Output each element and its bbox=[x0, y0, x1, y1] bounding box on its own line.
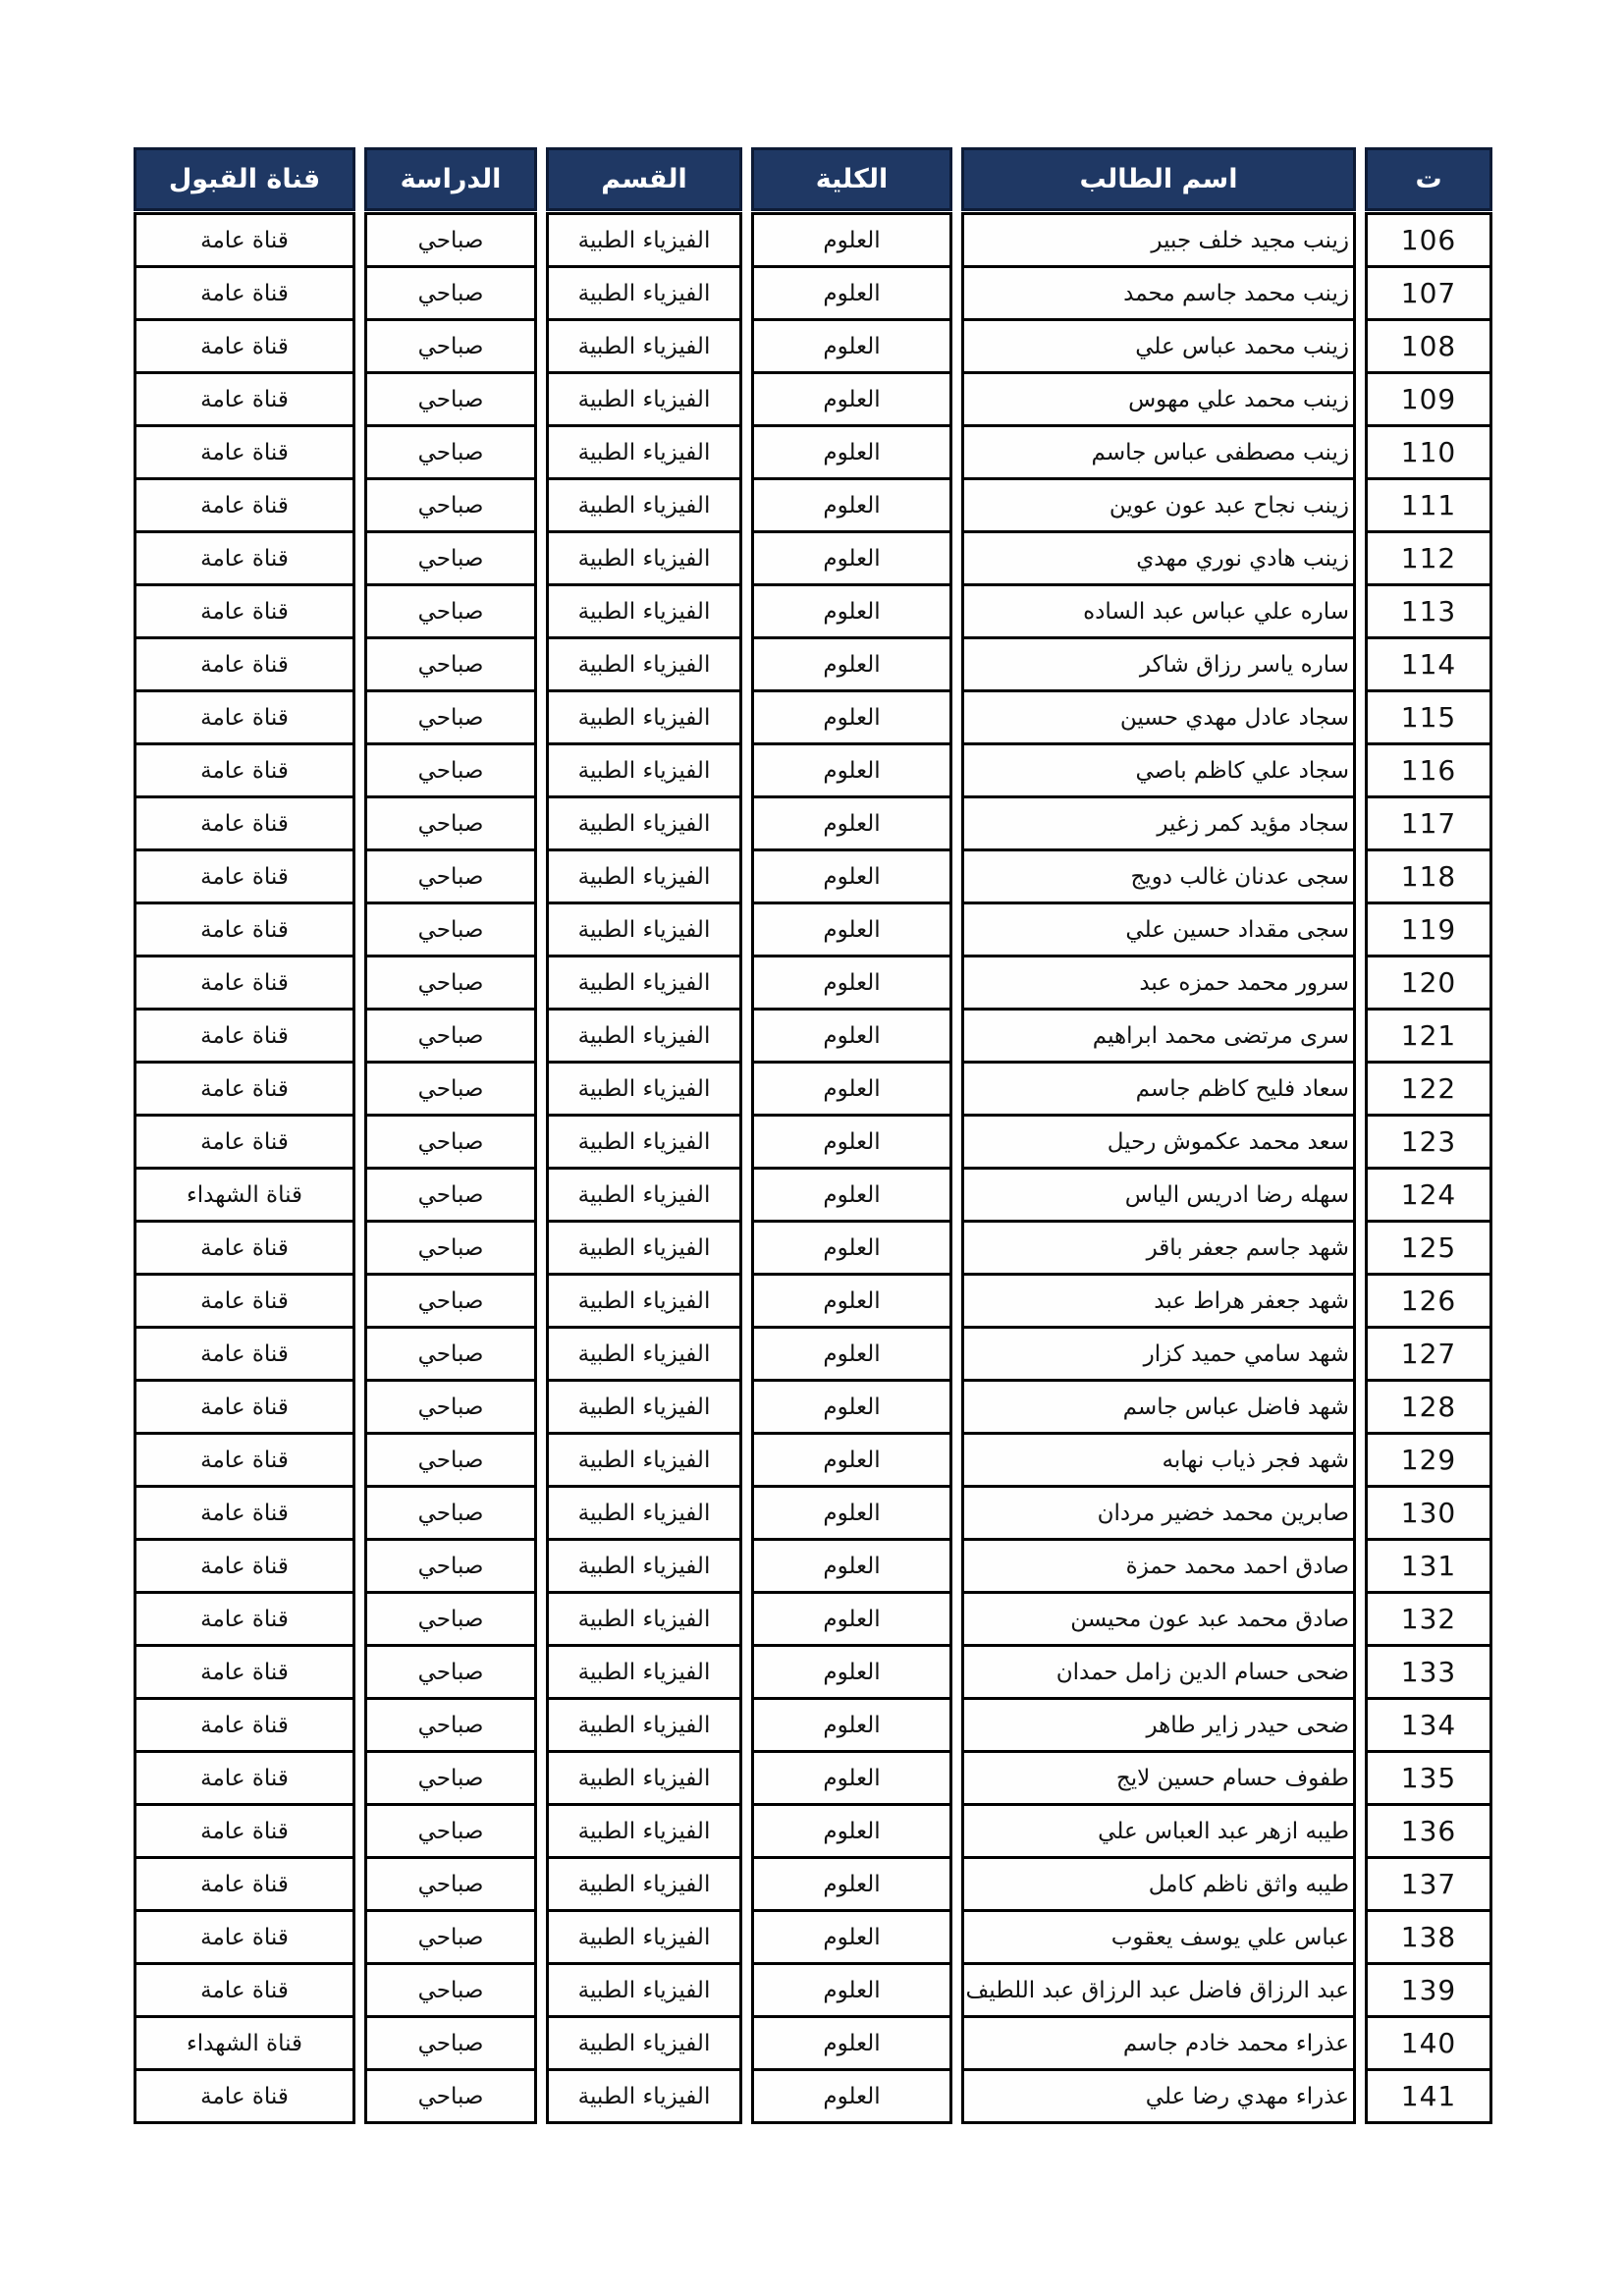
cell-dept-138: الفيزياء الطبية bbox=[546, 1909, 742, 1965]
cell-study-127: صباحي bbox=[364, 1326, 537, 1382]
cell-study-141: صباحي bbox=[364, 2068, 537, 2124]
cell-name-109: زينب محمد علي مهوس bbox=[961, 371, 1356, 427]
cell-id-137: 137 bbox=[1365, 1856, 1492, 1912]
cell-name-130: صابرين محمد خضير مردان bbox=[961, 1485, 1356, 1541]
cell-study-119: صباحي bbox=[364, 902, 537, 957]
cell-dept-128: الفيزياء الطبية bbox=[546, 1379, 742, 1435]
cell-id-110: 110 bbox=[1365, 424, 1492, 480]
cell-dept-108: الفيزياء الطبية bbox=[546, 318, 742, 374]
cell-dept-124: الفيزياء الطبية bbox=[546, 1167, 742, 1223]
cell-college-125: العلوم bbox=[751, 1220, 952, 1276]
cell-id-128: 128 bbox=[1365, 1379, 1492, 1435]
cell-id-114: 114 bbox=[1365, 636, 1492, 692]
cell-college-117: العلوم bbox=[751, 795, 952, 851]
cell-college-136: العلوم bbox=[751, 1803, 952, 1859]
cell-dept-111: الفيزياء الطبية bbox=[546, 477, 742, 533]
cell-channel-127: قناة عامة bbox=[134, 1326, 355, 1382]
cell-dept-126: الفيزياء الطبية bbox=[546, 1273, 742, 1329]
document-page: ت106107108109110111112113114115116117118… bbox=[0, 0, 1624, 2296]
cell-id-132: 132 bbox=[1365, 1591, 1492, 1647]
column-channel: قناة القبولقناة عامةقناة عامةقناة عامةقن… bbox=[134, 147, 355, 2124]
cell-channel-135: قناة عامة bbox=[134, 1750, 355, 1806]
cell-name-115: سجاد عادل مهدي حسين bbox=[961, 689, 1356, 745]
cell-name-116: سجاد علي كاظم باصي bbox=[961, 742, 1356, 798]
cell-channel-106: قناة عامة bbox=[134, 212, 355, 268]
cell-college-120: العلوم bbox=[751, 955, 952, 1011]
cell-channel-108: قناة عامة bbox=[134, 318, 355, 374]
cell-study-120: صباحي bbox=[364, 955, 537, 1011]
cell-study-135: صباحي bbox=[364, 1750, 537, 1806]
cell-college-109: العلوم bbox=[751, 371, 952, 427]
cell-dept-118: الفيزياء الطبية bbox=[546, 848, 742, 904]
cell-college-121: العلوم bbox=[751, 1008, 952, 1064]
cell-name-112: زينب هادي نوري مهدي bbox=[961, 530, 1356, 586]
cell-study-133: صباحي bbox=[364, 1644, 537, 1700]
cell-college-130: العلوم bbox=[751, 1485, 952, 1541]
cell-name-133: ضحى حسام الدين زامل حمدان bbox=[961, 1644, 1356, 1700]
cell-name-122: سعاد فليح كاظم جاسم bbox=[961, 1061, 1356, 1117]
cell-id-113: 113 bbox=[1365, 583, 1492, 639]
cell-college-111: العلوم bbox=[751, 477, 952, 533]
cell-channel-117: قناة عامة bbox=[134, 795, 355, 851]
cell-name-113: ساره علي عباس عبد الساده bbox=[961, 583, 1356, 639]
cell-id-122: 122 bbox=[1365, 1061, 1492, 1117]
cell-study-128: صباحي bbox=[364, 1379, 537, 1435]
admission-table-area: ت106107108109110111112113114115116117118… bbox=[134, 147, 1492, 2124]
column-college: الكليةالعلومالعلومالعلومالعلومالعلومالعل… bbox=[751, 147, 952, 2124]
cell-study-129: صباحي bbox=[364, 1432, 537, 1488]
cell-name-140: عذراء محمد خادم جاسم bbox=[961, 2015, 1356, 2071]
cell-dept-141: الفيزياء الطبية bbox=[546, 2068, 742, 2124]
cell-id-119: 119 bbox=[1365, 902, 1492, 957]
cell-college-134: العلوم bbox=[751, 1697, 952, 1753]
cell-college-122: العلوم bbox=[751, 1061, 952, 1117]
cell-dept-139: الفيزياء الطبية bbox=[546, 1962, 742, 2018]
cell-name-114: ساره ياسر رزاق شاكر bbox=[961, 636, 1356, 692]
cell-study-137: صباحي bbox=[364, 1856, 537, 1912]
cell-study-106: صباحي bbox=[364, 212, 537, 268]
cell-college-132: العلوم bbox=[751, 1591, 952, 1647]
cell-id-117: 117 bbox=[1365, 795, 1492, 851]
cell-study-131: صباحي bbox=[364, 1538, 537, 1594]
cell-channel-119: قناة عامة bbox=[134, 902, 355, 957]
cell-college-108: العلوم bbox=[751, 318, 952, 374]
cell-id-106: 106 bbox=[1365, 212, 1492, 268]
cell-name-126: شهد جعفر هراط عبد bbox=[961, 1273, 1356, 1329]
cell-channel-134: قناة عامة bbox=[134, 1697, 355, 1753]
cell-name-135: طفوف حسام حسين لايج bbox=[961, 1750, 1356, 1806]
cell-name-118: سجى عدنان غالب دويج bbox=[961, 848, 1356, 904]
cell-study-109: صباحي bbox=[364, 371, 537, 427]
cell-id-136: 136 bbox=[1365, 1803, 1492, 1859]
cell-study-125: صباحي bbox=[364, 1220, 537, 1276]
cell-dept-136: الفيزياء الطبية bbox=[546, 1803, 742, 1859]
cell-id-109: 109 bbox=[1365, 371, 1492, 427]
cell-dept-137: الفيزياء الطبية bbox=[546, 1856, 742, 1912]
cell-college-139: العلوم bbox=[751, 1962, 952, 2018]
cell-dept-120: الفيزياء الطبية bbox=[546, 955, 742, 1011]
cell-college-133: العلوم bbox=[751, 1644, 952, 1700]
cell-id-121: 121 bbox=[1365, 1008, 1492, 1064]
cell-id-115: 115 bbox=[1365, 689, 1492, 745]
cell-id-116: 116 bbox=[1365, 742, 1492, 798]
cell-college-115: العلوم bbox=[751, 689, 952, 745]
cell-dept-121: الفيزياء الطبية bbox=[546, 1008, 742, 1064]
cell-channel-111: قناة عامة bbox=[134, 477, 355, 533]
cell-college-138: العلوم bbox=[751, 1909, 952, 1965]
cell-channel-128: قناة عامة bbox=[134, 1379, 355, 1435]
cell-name-134: ضحى حيدر زاير طاهر bbox=[961, 1697, 1356, 1753]
cell-dept-127: الفيزياء الطبية bbox=[546, 1326, 742, 1382]
cell-name-120: سرور محمد حمزه عبد bbox=[961, 955, 1356, 1011]
cell-dept-132: الفيزياء الطبية bbox=[546, 1591, 742, 1647]
cell-channel-120: قناة عامة bbox=[134, 955, 355, 1011]
cell-name-125: شهد جاسم جعفر باقر bbox=[961, 1220, 1356, 1276]
cell-channel-140: قناة الشهداء bbox=[134, 2015, 355, 2071]
cell-channel-124: قناة الشهداء bbox=[134, 1167, 355, 1223]
cell-college-123: العلوم bbox=[751, 1114, 952, 1170]
cell-study-115: صباحي bbox=[364, 689, 537, 745]
cell-name-127: شهد سامي حميد كزار bbox=[961, 1326, 1356, 1382]
column-header-dept: القسم bbox=[546, 147, 742, 211]
cell-dept-122: الفيزياء الطبية bbox=[546, 1061, 742, 1117]
cell-dept-123: الفيزياء الطبية bbox=[546, 1114, 742, 1170]
cell-college-114: العلوم bbox=[751, 636, 952, 692]
cell-college-119: العلوم bbox=[751, 902, 952, 957]
cell-id-108: 108 bbox=[1365, 318, 1492, 374]
cell-name-111: زينب نجاح عبد عون عوين bbox=[961, 477, 1356, 533]
cell-name-128: شهد فاضل عباس جاسم bbox=[961, 1379, 1356, 1435]
cell-college-128: العلوم bbox=[751, 1379, 952, 1435]
cell-dept-115: الفيزياء الطبية bbox=[546, 689, 742, 745]
cell-study-132: صباحي bbox=[364, 1591, 537, 1647]
cell-channel-130: قناة عامة bbox=[134, 1485, 355, 1541]
cell-dept-107: الفيزياء الطبية bbox=[546, 265, 742, 321]
cell-study-118: صباحي bbox=[364, 848, 537, 904]
cell-college-118: العلوم bbox=[751, 848, 952, 904]
cell-study-116: صباحي bbox=[364, 742, 537, 798]
cell-college-137: العلوم bbox=[751, 1856, 952, 1912]
cell-id-133: 133 bbox=[1365, 1644, 1492, 1700]
column-study: الدراسةصباحيصباحيصباحيصباحيصباحيصباحيصبا… bbox=[364, 147, 537, 2124]
cell-channel-132: قناة عامة bbox=[134, 1591, 355, 1647]
cell-channel-113: قناة عامة bbox=[134, 583, 355, 639]
cell-id-129: 129 bbox=[1365, 1432, 1492, 1488]
cell-study-112: صباحي bbox=[364, 530, 537, 586]
cell-channel-125: قناة عامة bbox=[134, 1220, 355, 1276]
cell-id-138: 138 bbox=[1365, 1909, 1492, 1965]
cell-college-107: العلوم bbox=[751, 265, 952, 321]
cell-study-121: صباحي bbox=[364, 1008, 537, 1064]
cell-study-139: صباحي bbox=[364, 1962, 537, 2018]
cell-channel-118: قناة عامة bbox=[134, 848, 355, 904]
cell-name-123: سعد محمد عكموش رحيل bbox=[961, 1114, 1356, 1170]
cell-id-140: 140 bbox=[1365, 2015, 1492, 2071]
column-name: اسم الطالبزينب مجيد خلف جبيرزينب محمد جا… bbox=[961, 147, 1356, 2124]
cell-id-125: 125 bbox=[1365, 1220, 1492, 1276]
cell-channel-129: قناة عامة bbox=[134, 1432, 355, 1488]
cell-college-129: العلوم bbox=[751, 1432, 952, 1488]
cell-dept-135: الفيزياء الطبية bbox=[546, 1750, 742, 1806]
cell-dept-109: الفيزياء الطبية bbox=[546, 371, 742, 427]
cell-name-124: سهله رضا ادريس الياس bbox=[961, 1167, 1356, 1223]
cell-channel-122: قناة عامة bbox=[134, 1061, 355, 1117]
cell-name-141: عذراء مهدي رضا علي bbox=[961, 2068, 1356, 2124]
cell-channel-114: قناة عامة bbox=[134, 636, 355, 692]
cell-college-141: العلوم bbox=[751, 2068, 952, 2124]
student-admission-table: ت106107108109110111112113114115116117118… bbox=[134, 147, 1492, 2124]
cell-study-124: صباحي bbox=[364, 1167, 537, 1223]
cell-id-118: 118 bbox=[1365, 848, 1492, 904]
cell-id-131: 131 bbox=[1365, 1538, 1492, 1594]
cell-channel-109: قناة عامة bbox=[134, 371, 355, 427]
cell-study-114: صباحي bbox=[364, 636, 537, 692]
column-header-college: الكلية bbox=[751, 147, 952, 211]
cell-id-135: 135 bbox=[1365, 1750, 1492, 1806]
cell-id-123: 123 bbox=[1365, 1114, 1492, 1170]
cell-college-116: العلوم bbox=[751, 742, 952, 798]
cell-channel-123: قناة عامة bbox=[134, 1114, 355, 1170]
cell-name-117: سجاد مؤيد كمر زغير bbox=[961, 795, 1356, 851]
cell-study-130: صباحي bbox=[364, 1485, 537, 1541]
cell-id-111: 111 bbox=[1365, 477, 1492, 533]
cell-name-138: عباس علي يوسف يعقوب bbox=[961, 1909, 1356, 1965]
cell-id-107: 107 bbox=[1365, 265, 1492, 321]
cell-study-111: صباحي bbox=[364, 477, 537, 533]
cell-college-112: العلوم bbox=[751, 530, 952, 586]
cell-channel-131: قناة عامة bbox=[134, 1538, 355, 1594]
cell-college-106: العلوم bbox=[751, 212, 952, 268]
cell-dept-114: الفيزياء الطبية bbox=[546, 636, 742, 692]
cell-dept-119: الفيزياء الطبية bbox=[546, 902, 742, 957]
cell-channel-137: قناة عامة bbox=[134, 1856, 355, 1912]
cell-study-113: صباحي bbox=[364, 583, 537, 639]
cell-dept-140: الفيزياء الطبية bbox=[546, 2015, 742, 2071]
cell-college-124: العلوم bbox=[751, 1167, 952, 1223]
column-header-study: الدراسة bbox=[364, 147, 537, 211]
cell-name-131: صادق احمد محمد حمزة bbox=[961, 1538, 1356, 1594]
column-id: ت106107108109110111112113114115116117118… bbox=[1365, 147, 1492, 2124]
cell-study-107: صباحي bbox=[364, 265, 537, 321]
cell-college-140: العلوم bbox=[751, 2015, 952, 2071]
cell-id-134: 134 bbox=[1365, 1697, 1492, 1753]
cell-study-117: صباحي bbox=[364, 795, 537, 851]
column-header-name: اسم الطالب bbox=[961, 147, 1356, 211]
cell-dept-134: الفيزياء الطبية bbox=[546, 1697, 742, 1753]
cell-study-123: صباحي bbox=[364, 1114, 537, 1170]
cell-name-129: شهد فجر ذياب نهابه bbox=[961, 1432, 1356, 1488]
cell-college-135: العلوم bbox=[751, 1750, 952, 1806]
cell-channel-126: قناة عامة bbox=[134, 1273, 355, 1329]
cell-college-113: العلوم bbox=[751, 583, 952, 639]
cell-dept-110: الفيزياء الطبية bbox=[546, 424, 742, 480]
cell-study-110: صباحي bbox=[364, 424, 537, 480]
cell-dept-113: الفيزياء الطبية bbox=[546, 583, 742, 639]
cell-dept-117: الفيزياء الطبية bbox=[546, 795, 742, 851]
cell-dept-133: الفيزياء الطبية bbox=[546, 1644, 742, 1700]
cell-channel-133: قناة عامة bbox=[134, 1644, 355, 1700]
cell-name-137: طيبه واثق ناظم كامل bbox=[961, 1856, 1356, 1912]
cell-name-139: عبد الرزاق فاضل عبد الرزاق عبد اللطيف bbox=[961, 1962, 1356, 2018]
cell-name-121: سرى مرتضى محمد ابراهيم bbox=[961, 1008, 1356, 1064]
cell-id-130: 130 bbox=[1365, 1485, 1492, 1541]
cell-study-134: صباحي bbox=[364, 1697, 537, 1753]
cell-study-138: صباحي bbox=[364, 1909, 537, 1965]
cell-channel-138: قناة عامة bbox=[134, 1909, 355, 1965]
cell-id-139: 139 bbox=[1365, 1962, 1492, 2018]
cell-college-131: العلوم bbox=[751, 1538, 952, 1594]
cell-channel-116: قناة عامة bbox=[134, 742, 355, 798]
cell-id-127: 127 bbox=[1365, 1326, 1492, 1382]
cell-id-112: 112 bbox=[1365, 530, 1492, 586]
cell-channel-141: قناة عامة bbox=[134, 2068, 355, 2124]
cell-name-107: زينب محمد جاسم محمد bbox=[961, 265, 1356, 321]
cell-id-124: 124 bbox=[1365, 1167, 1492, 1223]
cell-channel-107: قناة عامة bbox=[134, 265, 355, 321]
column-header-id: ت bbox=[1365, 147, 1492, 211]
cell-dept-131: الفيزياء الطبية bbox=[546, 1538, 742, 1594]
cell-dept-116: الفيزياء الطبية bbox=[546, 742, 742, 798]
cell-name-136: طيبه ازهر عبد العباس علي bbox=[961, 1803, 1356, 1859]
cell-channel-112: قناة عامة bbox=[134, 530, 355, 586]
cell-channel-110: قناة عامة bbox=[134, 424, 355, 480]
cell-id-120: 120 bbox=[1365, 955, 1492, 1011]
cell-study-122: صباحي bbox=[364, 1061, 537, 1117]
cell-study-136: صباحي bbox=[364, 1803, 537, 1859]
cell-college-126: العلوم bbox=[751, 1273, 952, 1329]
cell-dept-125: الفيزياء الطبية bbox=[546, 1220, 742, 1276]
cell-channel-121: قناة عامة bbox=[134, 1008, 355, 1064]
cell-college-110: العلوم bbox=[751, 424, 952, 480]
cell-id-126: 126 bbox=[1365, 1273, 1492, 1329]
cell-channel-115: قناة عامة bbox=[134, 689, 355, 745]
cell-id-141: 141 bbox=[1365, 2068, 1492, 2124]
cell-name-108: زينب محمد عباس علي bbox=[961, 318, 1356, 374]
cell-dept-130: الفيزياء الطبية bbox=[546, 1485, 742, 1541]
cell-dept-112: الفيزياء الطبية bbox=[546, 530, 742, 586]
cell-name-110: زينب مصطفى عباس جاسم bbox=[961, 424, 1356, 480]
column-dept: القسمالفيزياء الطبيةالفيزياء الطبيةالفيز… bbox=[546, 147, 742, 2124]
cell-dept-106: الفيزياء الطبية bbox=[546, 212, 742, 268]
cell-name-106: زينب مجيد خلف جبير bbox=[961, 212, 1356, 268]
cell-name-119: سجى مقداد حسين علي bbox=[961, 902, 1356, 957]
cell-dept-129: الفيزياء الطبية bbox=[546, 1432, 742, 1488]
cell-study-108: صباحي bbox=[364, 318, 537, 374]
cell-channel-136: قناة عامة bbox=[134, 1803, 355, 1859]
cell-channel-139: قناة عامة bbox=[134, 1962, 355, 2018]
cell-college-127: العلوم bbox=[751, 1326, 952, 1382]
cell-name-132: صادق محمد عبد عون محيسن bbox=[961, 1591, 1356, 1647]
column-header-channel: قناة القبول bbox=[134, 147, 355, 211]
cell-study-126: صباحي bbox=[364, 1273, 537, 1329]
cell-study-140: صباحي bbox=[364, 2015, 537, 2071]
